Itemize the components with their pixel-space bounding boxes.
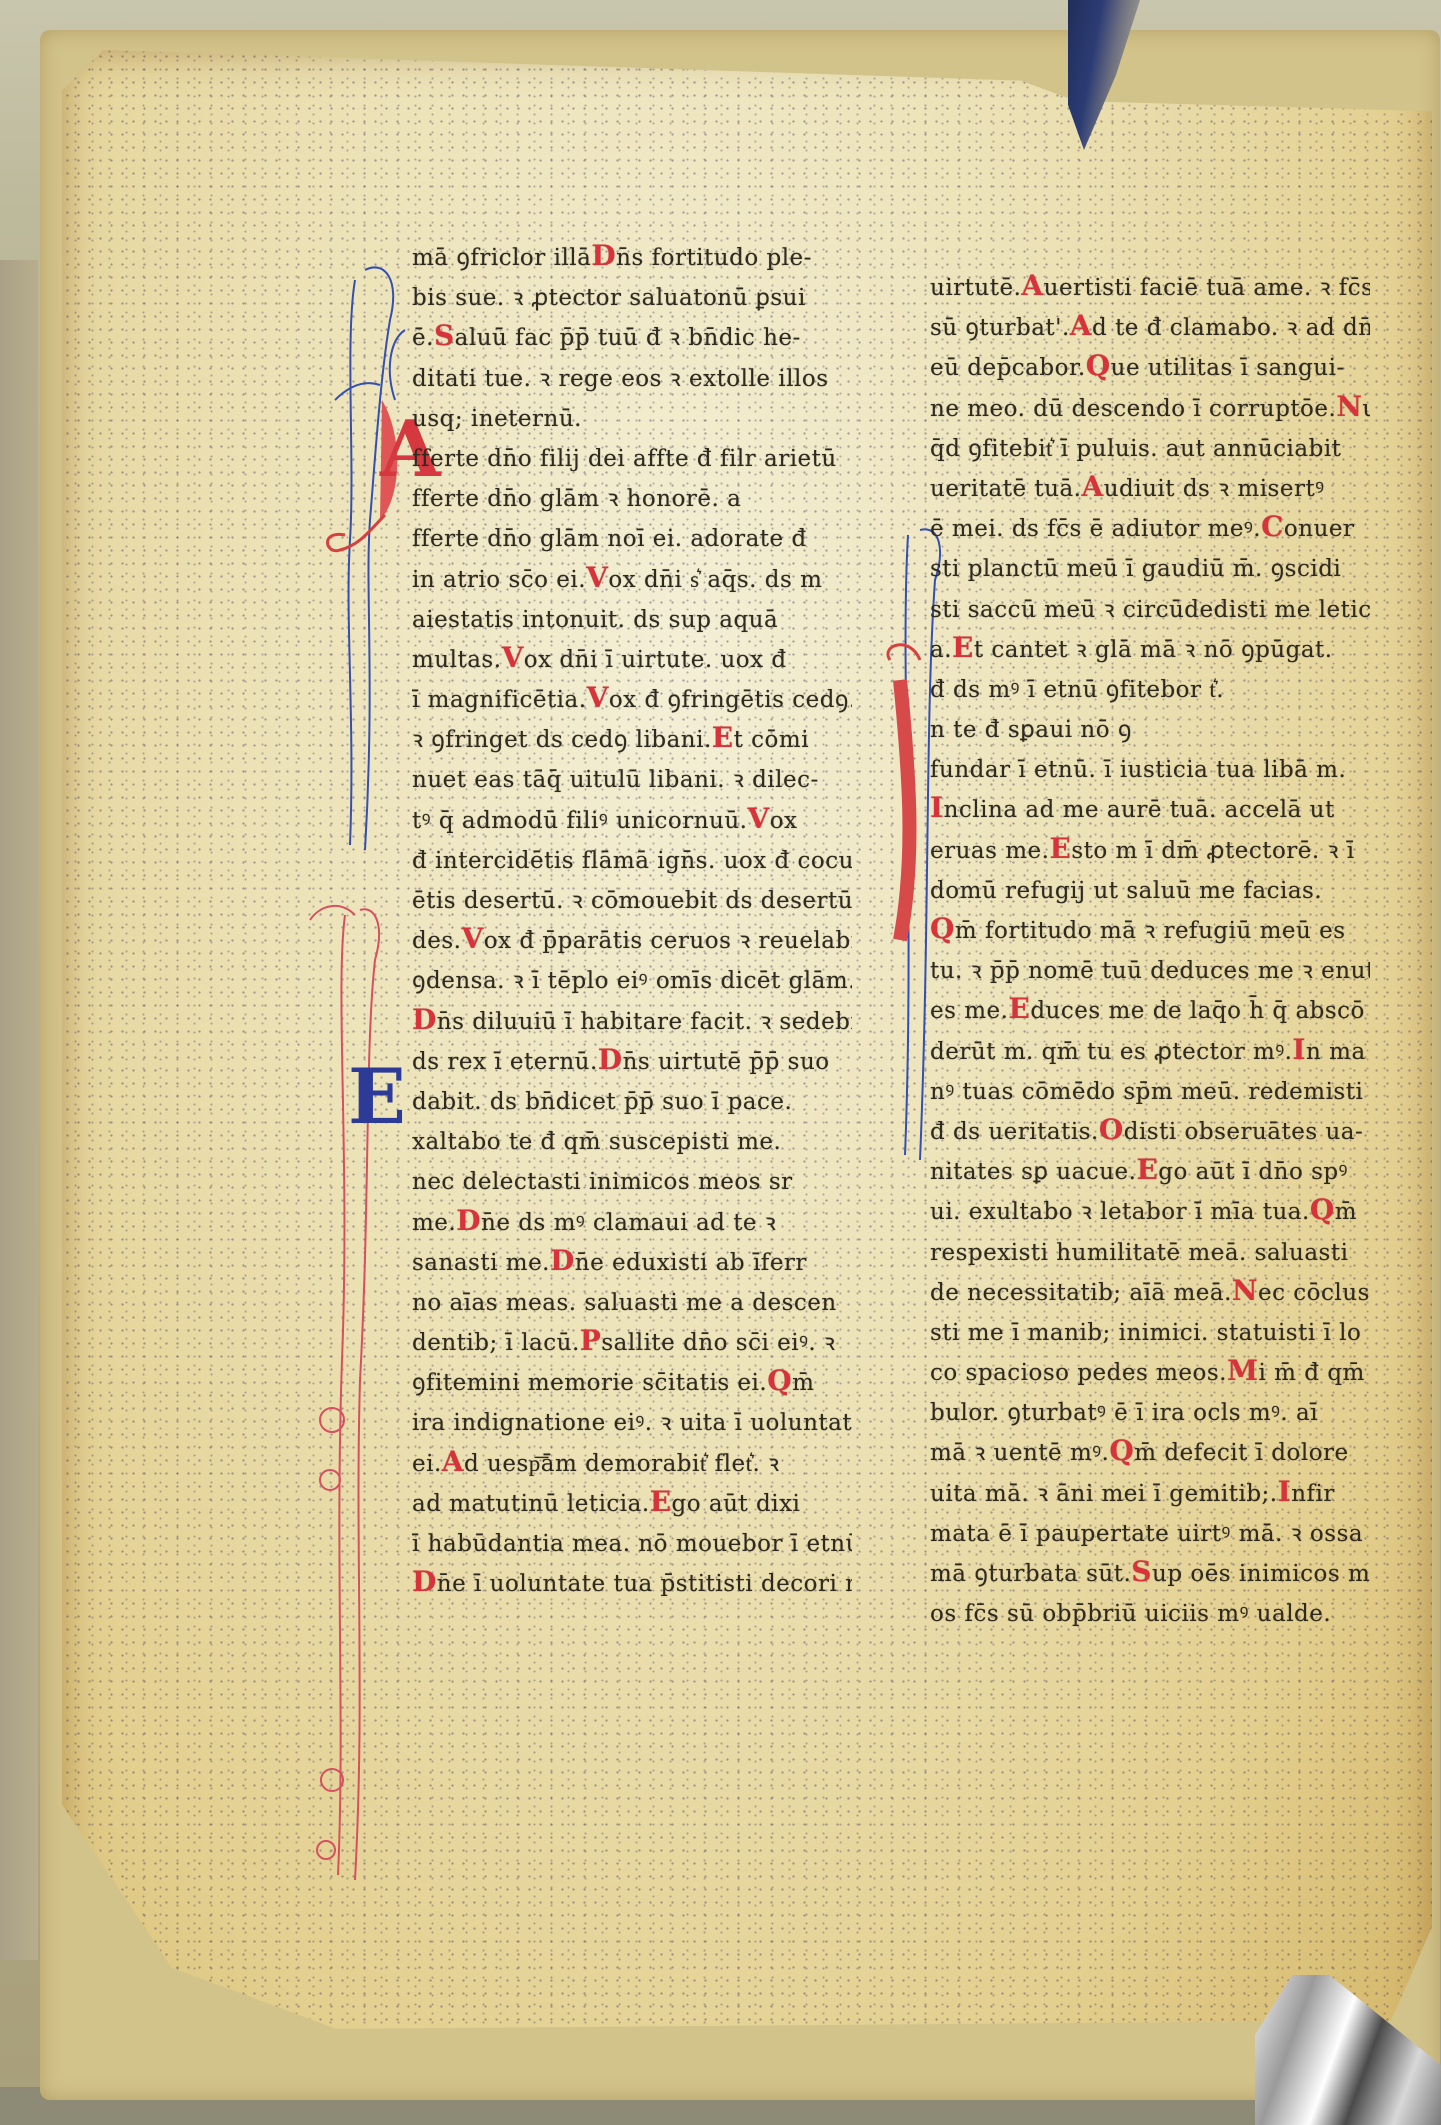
rubric-initial: V bbox=[586, 561, 608, 594]
rubric-initial: E bbox=[952, 631, 974, 664]
rubric-initial: Q bbox=[930, 912, 955, 945]
line-text: fferte dn̄o glām ꝛ honorē. a bbox=[412, 486, 741, 512]
rubric-initial: Q bbox=[767, 1364, 792, 1397]
line-text: n̄s diluuiū ī habitare facit. ꝛ sedebit bbox=[437, 1009, 852, 1035]
rubric-initial: Q bbox=[1086, 349, 1111, 382]
text-line: tu. ꝛ p̄p̄ nomē tuū deduces me ꝛ enutri bbox=[930, 949, 1370, 989]
text-line: eū dep̄cabor.Que utilitas ī sangui- bbox=[930, 346, 1370, 386]
line-text: ox đ ꝯfringētis cedꝯ. bbox=[609, 687, 852, 713]
line-text: ꝛ ꝯfringet ds cedꝯ libani. bbox=[412, 727, 712, 753]
line-text: fferte dn̄o filij dei affte đ filr ariet… bbox=[412, 446, 837, 472]
line-text: dabit. ds bn̄dicet p̄p̄ suo ī pace. bbox=[412, 1089, 792, 1115]
line-text: derūt m. qm̄ tu es ꝓtector mꝰ. bbox=[930, 1039, 1292, 1065]
line-text: ditati tue. ꝛ rege eos ꝛ extolle illos bbox=[412, 366, 829, 392]
line-text: mā ꝯturbata sūt. bbox=[930, 1561, 1131, 1587]
line-text: nꝰ tuas cōmēdo sp̄m meū. redemisti me bbox=[930, 1079, 1370, 1105]
line-text: đ ds mꝰ ī etnū ꝯfitebor t͛. bbox=[930, 677, 1224, 703]
line-text: usq; ineternū. bbox=[412, 406, 582, 432]
rubric-initial: I bbox=[1278, 1475, 1292, 1508]
text-line: fferte dn̄o filij dei affte đ filr ariet… bbox=[412, 437, 852, 477]
text-line: multas.Vox dn̄i ī uirtute. uox đ bbox=[412, 638, 852, 678]
text-line: co spacioso pedes meos.Mi m̄ đ qm̄ t͛i bbox=[930, 1351, 1370, 1391]
line-text: eruas me. bbox=[930, 838, 1049, 864]
line-text: ox dn̄i ī uirtute. uox đ bbox=[524, 647, 787, 673]
text-line: eruas me.Esto m ī dm̄ ꝓtectorē. ꝛ ī bbox=[930, 829, 1370, 869]
line-text: m̄ fortitudo mā ꝛ refugiū meū es bbox=[955, 918, 1346, 944]
text-line: mā ꝛ uentē mꝰ.Qm̄ defecit ī dolore bbox=[930, 1431, 1370, 1471]
line-text: um bbox=[1362, 396, 1370, 422]
line-text: nec delectasti inimicos meos sr bbox=[412, 1169, 793, 1195]
text-line: ētis desertū. ꝛ cōmouebit ds desertū ca bbox=[412, 879, 852, 919]
line-text: no aīas meas. saluasti me a descen bbox=[412, 1290, 837, 1316]
line-text: duces me de laq̄o h̄ q̄ abscō bbox=[1030, 998, 1365, 1024]
rubric-initial: N bbox=[1336, 390, 1362, 423]
rubric-initial: D bbox=[550, 1244, 575, 1277]
line-text: me. bbox=[412, 1210, 456, 1236]
line-text: des. bbox=[412, 928, 461, 954]
line-text: dentib; ī lacū. bbox=[412, 1330, 580, 1356]
text-line: ne meo. dū descendo ī corruptōe.Num bbox=[930, 387, 1370, 427]
rubric-initial: A bbox=[1021, 269, 1043, 302]
text-line: no aīas meas. saluasti me a descen bbox=[412, 1281, 852, 1321]
text-line: đ ds mꝰ ī etnū ꝯfitebor t͛. bbox=[930, 668, 1370, 708]
text-line: mā ꝯturbata sūt.Sup oēs inimicos me bbox=[930, 1552, 1370, 1592]
text-line: uirtutē.Auertisti faciē tuā ame. ꝛ fc̄s bbox=[930, 266, 1370, 306]
rubric-initial: Q bbox=[1310, 1193, 1335, 1226]
line-text: đ intercidētis flāmā ign̄s. uox đ cocuti bbox=[412, 848, 852, 874]
line-text: ē mei. ds fc̄s ē adiutor meꝰ. bbox=[930, 516, 1261, 542]
rubric-initial: I bbox=[930, 791, 944, 824]
line-text: ei. bbox=[412, 1451, 442, 1477]
text-line: es me.Educes me de laq̄o h̄ q̄ abscō bbox=[930, 989, 1370, 1029]
line-text: onuer bbox=[1284, 516, 1355, 542]
line-text: udiuit ds ꝛ misertꝰ bbox=[1104, 476, 1325, 502]
text-line: fferte dn̄o glām noī ei. adorate đ bbox=[412, 517, 852, 557]
text-line: a.Et cantet ꝛ glā mā ꝛ nō ꝯpūgat. bbox=[930, 628, 1370, 668]
text-line: fferte dn̄o glām ꝛ honorē. a bbox=[412, 477, 852, 517]
line-text: ue utilitas ī sangui- bbox=[1111, 355, 1345, 381]
rubric-initial: A bbox=[1081, 470, 1103, 503]
text-line: in atrio sc̄o ei.Vox dn̄i s͛ aq̄s. ds m bbox=[412, 558, 852, 598]
line-text: sti saccū meū ꝛ circūdedisti me leticia bbox=[930, 597, 1370, 623]
text-line: ui. exultabo ꝛ letabor ī mīa tua.Qm̄ bbox=[930, 1190, 1370, 1230]
line-text: ētis desertū. ꝛ cōmouebit ds desertū ca bbox=[412, 888, 852, 914]
line-text: m̄ bbox=[1335, 1199, 1357, 1225]
line-text: domū refugij ut saluū me facias. bbox=[930, 878, 1322, 904]
text-line: q̄d ꝯfitebit͛ ī puluis. aut annūciabit bbox=[930, 427, 1370, 467]
line-text: uertisti faciē tuā ame. ꝛ fc̄s bbox=[1044, 275, 1370, 301]
line-text: n̄e ī uoluntate tua p̄stitisti decori m̄ bbox=[437, 1571, 852, 1597]
text-line: nꝰ tuas cōmēdo sp̄m meū. redemisti me bbox=[930, 1070, 1370, 1110]
rubric-initial: V bbox=[461, 922, 483, 955]
text-line: ad matutinū leticia.Ego aūt dixi bbox=[412, 1482, 852, 1522]
text-line: dabit. ds bn̄dicet p̄p̄ suo ī pace. bbox=[412, 1080, 852, 1120]
line-text: a. bbox=[930, 637, 952, 663]
line-text: tꝰ q̄ admodū filiꝰ unicornuū. bbox=[412, 808, 747, 834]
line-text: eū dep̄cabor. bbox=[930, 355, 1086, 381]
line-text: n̄e ds mꝰ clamaui ad te ꝛ bbox=[481, 1210, 776, 1236]
line-text: disti obseruātes ua- bbox=[1124, 1119, 1364, 1145]
line-text: d uesp͞ām demorabit͛ flet͛. ꝛ bbox=[464, 1451, 779, 1477]
line-text: es me. bbox=[930, 998, 1008, 1024]
red-flourish-icon bbox=[300, 900, 410, 1900]
line-text: tu. ꝛ p̄p̄ nomē tuū deduces me ꝛ enutri bbox=[930, 958, 1370, 984]
text-line: os fc̄s sū obp̄briū uiciis mꝰ ualde. bbox=[930, 1592, 1370, 1632]
line-text: ē. bbox=[412, 325, 434, 351]
text-line: derūt m. qm̄ tu es ꝓtector mꝰ.In ma bbox=[930, 1030, 1370, 1070]
text-line: domū refugij ut saluū me facias. bbox=[930, 869, 1370, 909]
text-line: sti planctū meū ī gaudiū m̄. ꝯscidi bbox=[930, 547, 1370, 587]
line-text: n̄s uirtutē p̄p̄ suo bbox=[623, 1049, 830, 1075]
line-text: đ ds ueritatis. bbox=[930, 1119, 1099, 1145]
text-line: de necessitatib; aīā meā.Nec cōclusi bbox=[930, 1271, 1370, 1311]
rubric-initial: V bbox=[502, 641, 524, 674]
line-text: ui. exultabo ꝛ letabor ī mīa tua. bbox=[930, 1199, 1310, 1225]
line-text: ī magnificētia. bbox=[412, 687, 587, 713]
text-line: ueritatē tuā.Audiuit ds ꝛ misertꝰ bbox=[930, 467, 1370, 507]
text-line: n te đ sꝑaui nō ꝯ bbox=[930, 708, 1370, 748]
line-text: xaltabo te đ qm̄ suscepisti me. bbox=[412, 1129, 781, 1155]
line-text: os fc̄s sū obp̄briū uiciis mꝰ ualde. bbox=[930, 1601, 1331, 1627]
rubric-initial: D bbox=[591, 239, 616, 272]
line-text: sanasti me. bbox=[412, 1250, 550, 1276]
rubric-initial: A bbox=[442, 1445, 464, 1478]
line-text: fferte dn̄o glām noī ei. adorate đ bbox=[412, 526, 807, 552]
line-text: t cōmi bbox=[734, 727, 809, 753]
rubric-initial: E bbox=[650, 1485, 672, 1518]
line-text: ī habūdantia mea. nō mouebor ī etnū. bbox=[412, 1531, 852, 1557]
line-text: sallite dn̄o sc̄i eiꝰ. ꝛ bbox=[601, 1330, 835, 1356]
right-text-column: uirtutē.Auertisti faciē tuā ame. ꝛ fc̄ss… bbox=[930, 266, 1370, 1632]
text-line: respexisti humilitatē meā. saluasti bbox=[930, 1231, 1370, 1271]
line-text: n̄s fortitudo ple- bbox=[616, 245, 812, 271]
rubric-initial: M bbox=[1227, 1354, 1259, 1387]
text-line: đ ds ueritatis.Odisti obseruātes ua- bbox=[930, 1110, 1370, 1150]
text-line: Inclina ad me aurē tuā. accelā ut bbox=[930, 788, 1370, 828]
text-line: đ intercidētis flāmā ign̄s. uox đ cocuti bbox=[412, 839, 852, 879]
text-line: mā ꝯfriclor illāDn̄s fortitudo ple- bbox=[412, 236, 852, 276]
line-text: ox dn̄i s͛ aq̄s. ds m bbox=[608, 567, 822, 593]
text-line: aiestatis intonuit. ds sup aquā bbox=[412, 598, 852, 638]
rubric-initial: O bbox=[1099, 1113, 1124, 1146]
line-text: respexisti humilitatē meā. saluasti bbox=[930, 1240, 1348, 1266]
text-line: ꝯdensa. ꝛ ī tēplo eiꝰ omīs dicēt glām. bbox=[412, 959, 852, 999]
line-text: t cantet ꝛ glā mā ꝛ nō ꝯpūgat. bbox=[974, 637, 1333, 663]
text-line: ds rex ī eternū.Dn̄s uirtutē p̄p̄ suo bbox=[412, 1040, 852, 1080]
line-text: n te đ sꝑaui nō ꝯ bbox=[930, 717, 1132, 743]
line-text: co spacioso pedes meos. bbox=[930, 1360, 1227, 1386]
line-text: ꝯfitemini memorie sc̄itatis ei. bbox=[412, 1370, 767, 1396]
line-text: q̄d ꝯfitebit͛ ī puluis. aut annūciabit bbox=[930, 436, 1341, 462]
line-text: de necessitatib; aīā meā. bbox=[930, 1280, 1232, 1306]
text-line: bulor. ꝯturbatꝰ ē ī ira ocls mꝰ. aī bbox=[930, 1391, 1370, 1431]
rubric-initial: P bbox=[580, 1324, 602, 1357]
text-line: sū ꝯturbat'.Ad te đ clamabo. ꝛ ad dn̄m m bbox=[930, 306, 1370, 346]
line-text: ox bbox=[770, 808, 798, 834]
rubric-initial: V bbox=[587, 681, 609, 714]
line-text: nclina ad me aurē tuā. accelā ut bbox=[944, 797, 1335, 823]
text-line: ē mei. ds fc̄s ē adiutor meꝰ.Conuer bbox=[930, 507, 1370, 547]
line-text: ad matutinū leticia. bbox=[412, 1491, 650, 1517]
line-text: nuet eas tāq̄ uitulū libani. ꝛ dilec- bbox=[412, 767, 819, 793]
line-text: sto m ī dm̄ ꝓtectorē. ꝛ ī bbox=[1071, 838, 1354, 864]
rubric-initial: E bbox=[1008, 992, 1030, 1025]
line-text: n ma bbox=[1306, 1039, 1366, 1065]
text-line: Dn̄s diluuiū ī habitare facit. ꝛ sedebit bbox=[412, 1000, 852, 1040]
line-text: up oēs inimicos me bbox=[1152, 1561, 1370, 1587]
text-line: bis sue. ꝛ ꝓtector saluatonū ꝑsui bbox=[412, 276, 852, 316]
text-line: ei.Ad uesp͞ām demorabit͛ flet͛. ꝛ bbox=[412, 1442, 852, 1482]
text-line: Qm̄ fortitudo mā ꝛ refugiū meū es bbox=[930, 909, 1370, 949]
rubric-initial: A bbox=[1070, 309, 1092, 342]
line-text: nitates sꝑ uacue. bbox=[930, 1159, 1136, 1185]
text-line: sanasti me.Dn̄e eduxisti ab īferr bbox=[412, 1241, 852, 1281]
text-line: fundar ī etnū. ī iusticia tua libā m. bbox=[930, 748, 1370, 788]
line-text: go aūt ī dn̄o spꝰ bbox=[1158, 1159, 1348, 1185]
text-line: Dn̄e ī uoluntate tua p̄stitisti decori m… bbox=[412, 1562, 852, 1602]
rubric-initial: I bbox=[1292, 1033, 1306, 1066]
text-line: sti me ī manib; inimici. statuisti ī lo bbox=[930, 1311, 1370, 1351]
rubric-initial: E bbox=[1049, 832, 1071, 865]
rubric-initial: S bbox=[1131, 1555, 1152, 1588]
text-line: nec delectasti inimicos meos sr bbox=[412, 1160, 852, 1200]
line-text: mā ꝛ uentē mꝰ. bbox=[930, 1440, 1109, 1466]
text-line: ī magnificētia.Vox đ ꝯfringētis cedꝯ. bbox=[412, 678, 852, 718]
line-text: ueritatē tuā. bbox=[930, 476, 1081, 502]
rubric-initial: D bbox=[412, 1565, 437, 1598]
line-text: sū ꝯturbat'. bbox=[930, 315, 1070, 341]
line-text: bulor. ꝯturbatꝰ ē ī ira ocls mꝰ. aī bbox=[930, 1400, 1318, 1426]
text-line: ꝛ ꝯfringet ds cedꝯ libani.Et cōmi bbox=[412, 718, 852, 758]
line-text: in atrio sc̄o ei. bbox=[412, 567, 586, 593]
text-line: xaltabo te đ qm̄ suscepisti me. bbox=[412, 1120, 852, 1160]
text-line: ira indignatione eiꝰ. ꝛ uita ī uoluntate bbox=[412, 1401, 852, 1441]
initial-E: E bbox=[348, 1052, 406, 1141]
line-text: ira indignatione eiꝰ. ꝛ uita ī uoluntate bbox=[412, 1410, 852, 1436]
text-line: mata ē ī paupertate uirtꝰ mā. ꝛ ossa bbox=[930, 1512, 1370, 1552]
line-text: ne meo. dū descendo ī corruptōe. bbox=[930, 396, 1336, 422]
backdrop-left-edge bbox=[0, 260, 38, 1960]
text-line: usq; ineternū. bbox=[412, 397, 852, 437]
rubric-initial: D bbox=[598, 1043, 623, 1076]
rubric-initial: Q bbox=[1109, 1434, 1134, 1467]
line-text: sti planctū meū ī gaudiū m̄. ꝯscidi bbox=[930, 556, 1341, 582]
rubric-initial: E bbox=[712, 721, 734, 754]
text-line: des.Vox đ p̄parātis ceruos ꝛ reuelabit bbox=[412, 919, 852, 959]
line-text: mā ꝯfriclor illā bbox=[412, 245, 591, 271]
rubric-initial: D bbox=[412, 1003, 437, 1036]
line-text: mata ē ī paupertate uirtꝰ mā. ꝛ ossa bbox=[930, 1521, 1363, 1547]
line-text: uirtutē. bbox=[930, 275, 1021, 301]
line-text: m̄ defecit ī dolore bbox=[1134, 1440, 1348, 1466]
text-line: nuet eas tāq̄ uitulū libani. ꝛ dilec- bbox=[412, 758, 852, 798]
text-line: nitates sꝑ uacue.Ego aūt ī dn̄o spꝰ bbox=[930, 1150, 1370, 1190]
line-text: bis sue. ꝛ ꝓtector saluatonū ꝑsui bbox=[412, 285, 806, 311]
line-text: i m̄ đ qm̄ t͛i bbox=[1259, 1360, 1371, 1386]
line-text: d te đ clamabo. ꝛ ad dn̄m m bbox=[1092, 315, 1370, 341]
line-text: ec cōclusi bbox=[1258, 1280, 1370, 1306]
rubric-initial: N bbox=[1232, 1274, 1258, 1307]
line-text: go aūt dixi bbox=[672, 1491, 801, 1517]
line-text: ꝯdensa. ꝛ ī tēplo eiꝰ omīs dicēt glām. bbox=[412, 968, 852, 994]
line-text: ox đ p̄parātis ceruos ꝛ reuelabit bbox=[484, 928, 852, 954]
text-line: ꝯfitemini memorie sc̄itatis ei.Qm̄ bbox=[412, 1361, 852, 1401]
left-text-column: mā ꝯfriclor illāDn̄s fortitudo ple-bis s… bbox=[412, 236, 852, 1602]
line-text: n̄e eduxisti ab īferr bbox=[575, 1250, 807, 1276]
rubric-initial: C bbox=[1261, 510, 1284, 543]
line-text: aiestatis intonuit. ds sup aquā bbox=[412, 607, 778, 633]
text-line: ī habūdantia mea. nō mouebor ī etnū. bbox=[412, 1522, 852, 1562]
text-line: uita mā. ꝛ āni mei ī gemitib;.Infir bbox=[930, 1472, 1370, 1512]
rubric-initial: S bbox=[434, 319, 455, 352]
rubric-initial: D bbox=[456, 1204, 481, 1237]
line-text: multas. bbox=[412, 647, 502, 673]
line-text: sti me ī manib; inimici. statuisti ī lo bbox=[930, 1320, 1361, 1346]
line-text: uita mā. ꝛ āni mei ī gemitib;. bbox=[930, 1481, 1278, 1507]
text-line: ē.Saluū fac p̄p̄ tuū đ ꝛ bn̄dic he- bbox=[412, 316, 852, 356]
line-text: aluū fac p̄p̄ tuū đ ꝛ bn̄dic he- bbox=[455, 325, 801, 351]
line-text: m̄ bbox=[792, 1370, 814, 1396]
text-line: ditati tue. ꝛ rege eos ꝛ extolle illos bbox=[412, 357, 852, 397]
rubric-initial: V bbox=[747, 802, 769, 835]
line-text: nfir bbox=[1291, 1481, 1335, 1507]
text-line: tꝰ q̄ admodū filiꝰ unicornuū.Vox bbox=[412, 799, 852, 839]
text-line: me.Dn̄e ds mꝰ clamaui ad te ꝛ bbox=[412, 1201, 852, 1241]
text-line: dentib; ī lacū.Psallite dn̄o sc̄i eiꝰ. ꝛ bbox=[412, 1321, 852, 1361]
rubric-initial: E bbox=[1136, 1153, 1158, 1186]
text-line: sti saccū meū ꝛ circūdedisti me leticia bbox=[930, 588, 1370, 628]
line-text: fundar ī etnū. ī iusticia tua libā m. bbox=[930, 757, 1346, 783]
line-text: ds rex ī eternū. bbox=[412, 1049, 598, 1075]
